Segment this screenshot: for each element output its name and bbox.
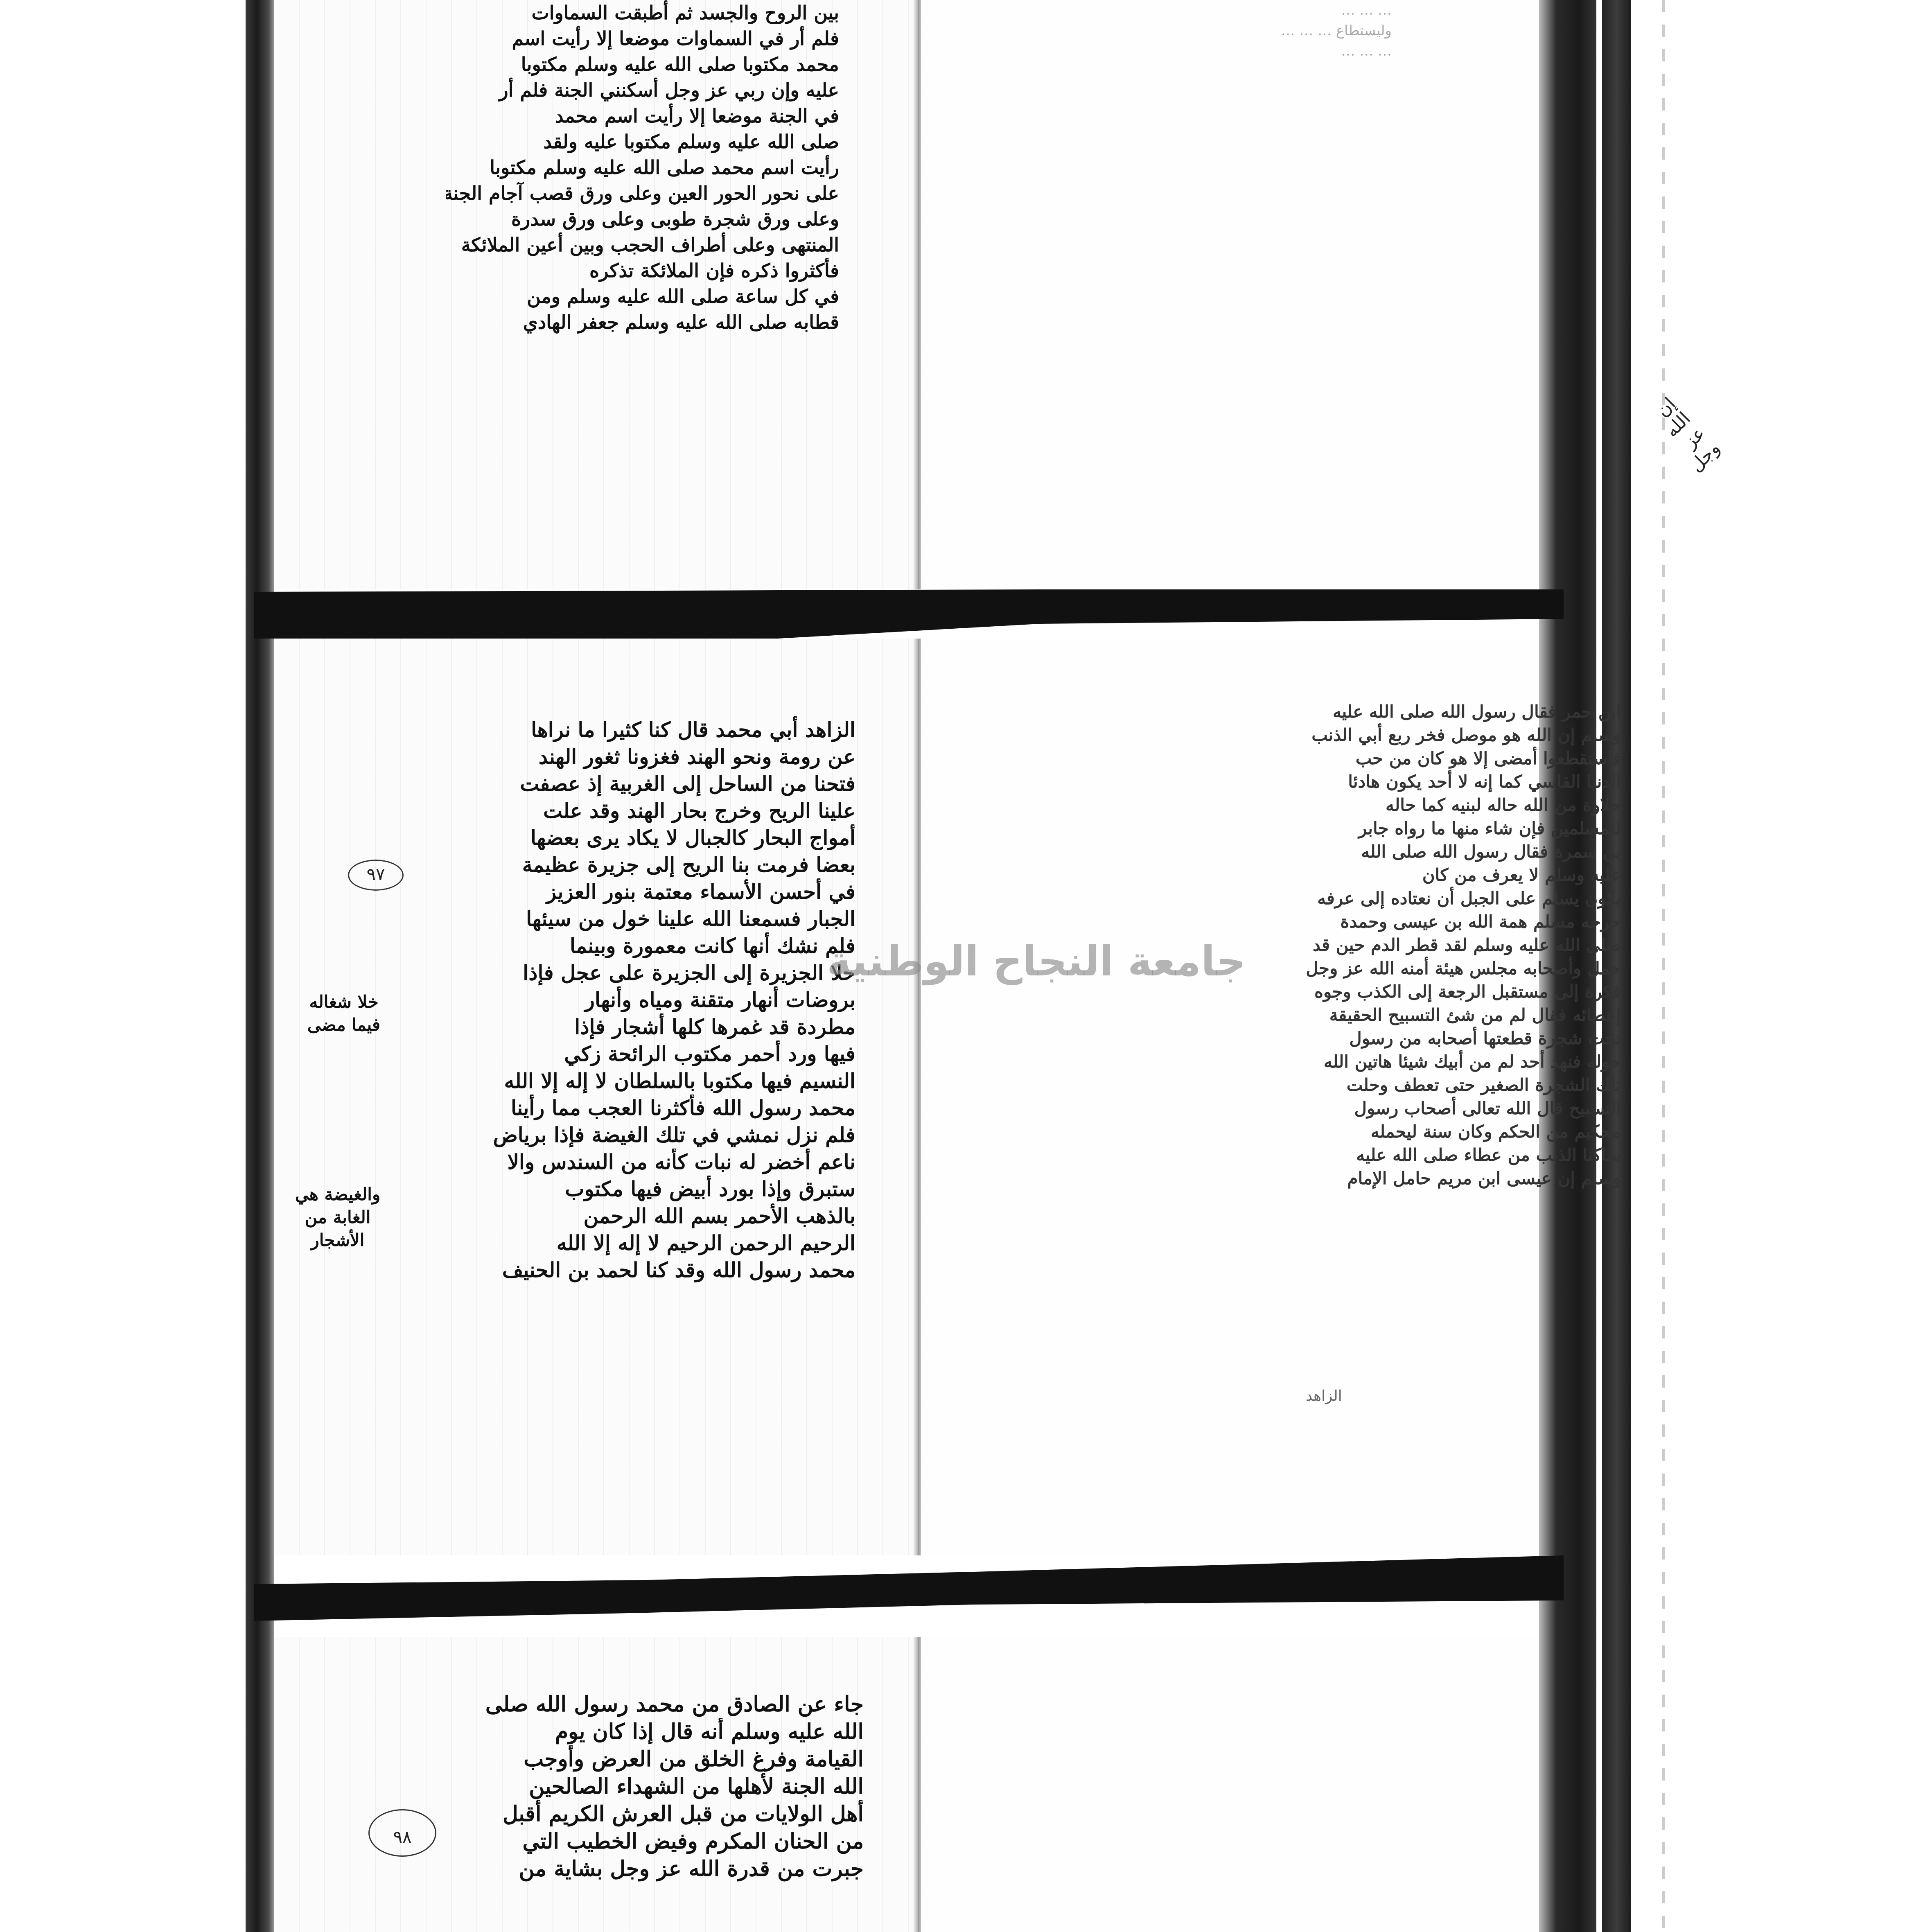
text-line: وعلى ورق شجرة طوبى وعلى ورق سدرة	[446, 206, 839, 232]
text-line: فلم نزل نمشي في تلك الغيضة فإذا برياض	[422, 1122, 855, 1149]
text-line: تلك الشجرة الصغير حتى تعطف وحلت	[1220, 1073, 1621, 1097]
text-line: أهل الولايات من قبل العرش الكريم أقبل	[430, 1800, 864, 1828]
manuscript-text-bottom-left: جاء عن الصادق من محمد رسول الله صلى الله…	[430, 1690, 864, 1882]
text-line: محمد مكتوبا صلى الله عليه وسلم مكتوبا	[446, 52, 839, 77]
text-line: الرحيم الرحمن الرحيم لا إله إلا الله	[422, 1230, 855, 1257]
frame-bottom: ٩٨ جاء عن الصادق من محمد رسول الله صلى ا…	[274, 1637, 1539, 1932]
page-left-top: بين الروح والجسد ثم أطبقت السماوات فلم أ…	[274, 0, 917, 589]
text-line: عليه وسلم لا يعرف من كان	[1220, 863, 1621, 887]
handwritten-annotation: إن الله عز وجل	[1641, 393, 1724, 476]
text-line: الجبار فسمعنا الله علينا خول من سيئها	[422, 905, 855, 932]
text-line: فاستقطعوا أمضى إلا هو كان من حب	[1220, 747, 1621, 770]
margin-note: خلا شغاله فيما مضى	[295, 991, 393, 1036]
frame-middle: ٩٧ خلا شغاله فيما مضى والغيضة هي الغابة …	[274, 639, 1539, 1555]
text-line: ابن حمر فقال رسول الله صلى الله عليه	[1220, 700, 1621, 723]
text-line: محمد رسول الله فأكثرنا العجب مما رأينا	[422, 1095, 855, 1122]
text-line: … … …	[999, 41, 1392, 61]
page-right-bottom	[921, 1637, 1539, 1932]
text-line: صلى الله عليه وسلم مكتوبا عليه ولقد	[446, 129, 839, 155]
text-line: فتحنا من الساحل إلى الغربية إذ عصفت	[422, 770, 855, 797]
manuscript-text-top-left: بين الروح والجسد ثم أطبقت السماوات فلم أ…	[446, 0, 839, 335]
text-line: الزاهد أبي محمد قال كنا كثيرا ما نراها	[422, 716, 855, 743]
folio-number: ٩٨	[368, 1809, 436, 1857]
text-line: حلا الجزيرة إلى الجزيرة على عجل فإذا	[422, 959, 855, 986]
text-line: في كل ساعة صلى الله عليه وسلم ومن	[446, 284, 839, 309]
folio-number: ٩٧	[348, 860, 404, 891]
text-line: محكيم من الحكم وكان سنة ليحمله	[1220, 1120, 1621, 1143]
text-line: في الجنة موضعا إلا رأيت اسم محمد	[446, 103, 839, 129]
text-line: حوله فنهد أحد لم من أبيك شيئا هاتين الله	[1220, 1050, 1621, 1073]
text-line: المنتهى وعلى أطراف الحجب وبين أعين الملا…	[446, 232, 839, 258]
page-right-middle: ابن حمر فقال رسول الله صلى الله عليه وسل…	[921, 639, 1539, 1555]
text-line: الدنيا القاسي كما إنه لا أحد يكون هادئا	[1220, 770, 1621, 793]
text-line: فأكثروا ذكره فإن الملائكة تذكره	[446, 258, 839, 284]
text-line: إعطائه فقال لم من شئ التسبيح الحقيقة	[1220, 1003, 1621, 1027]
text-line: ناعم أخضر له نبات كأنه من السندس والا	[422, 1149, 855, 1176]
text-line: فلم أر في السماوات موضعا إلا رأيت اسم	[446, 26, 839, 52]
text-line: رأيت اسم محمد صلى الله عليه وسلم مكتوبا	[446, 155, 839, 181]
text-line: صلى الله عليه وسلم لقد قطر الدم حين قد	[1220, 933, 1621, 957]
text-line: تحت شجرة قطعتها أصحابه من رسول	[1220, 1027, 1621, 1050]
catchword: الزاهد	[1306, 1388, 1342, 1404]
text-line: عليه وإن ربي عز وجل أسكنني الجنة فلم أر	[446, 77, 839, 103]
text-line: حمل وأصحابه مجلس هيئة أمنه الله عز وجل	[1220, 957, 1621, 980]
text-line: بين الروح والجسد ثم أطبقت السماوات	[446, 0, 839, 26]
text-line: وسلم إن الله هو موصل فخر ربع أبي الذنب	[1220, 723, 1621, 747]
text-line: بن سمرة فقال رسول الله صلى الله	[1220, 840, 1621, 863]
library-watermark: جامعة النجاح الوطنية	[827, 937, 1246, 985]
text-line: قطابه صلى الله عليه وسلم جعفر الهادي	[446, 309, 839, 335]
text-line: وسلم إن عيسى ابن مريم حامل الإمام	[1220, 1167, 1621, 1190]
page-left-bottom: ٩٨ جاء عن الصادق من محمد رسول الله صلى ا…	[274, 1637, 917, 1932]
text-line: مطردة قد غمرها كلها أشجار فإذا	[422, 1013, 855, 1040]
manuscript-text-middle-left: الزاهد أبي محمد قال كنا كثيرا ما نراها ع…	[422, 716, 855, 1284]
film-strip-left-edge	[246, 0, 274, 1932]
text-line: الله الجنة لأهلها من الشهداء الصالحين	[430, 1773, 864, 1800]
text-line: عن رومة ونحو الهند فغزونا ثغور الهند	[422, 743, 855, 770]
text-line: حرجه مسلم همة الله بن عيسى وحمدة	[1220, 910, 1621, 933]
page-right-top: … … … وليستطاع … … … … … … إن الله عز وج…	[921, 0, 1539, 589]
text-line: بالذهب الأحمر بسم الله الرحمن	[422, 1203, 855, 1230]
text-line: وليستطاع … … …	[999, 20, 1392, 41]
text-line: فلم نشك أنها كانت معمورة وبينما	[422, 932, 855, 959]
text-line: النسيم فيها مكتوبا بالسلطان لا إله إلا ا…	[422, 1068, 855, 1095]
manuscript-text-middle-right: ابن حمر فقال رسول الله صلى الله عليه وسل…	[1220, 700, 1621, 1190]
text-line: التسبيح قال الله تعالى أصحاب رسول	[1220, 1097, 1621, 1120]
text-line: يكون يسلم على الجبل أن نعتاده إلى عرفه	[1220, 887, 1621, 910]
page-left-middle: ٩٧ خلا شغاله فيما مضى والغيضة هي الغابة …	[274, 639, 917, 1555]
text-line: جبرت من قدرة الله عز وجل بشاية من	[430, 1855, 864, 1882]
text-line: جاء عن الصادق من محمد رسول الله صلى	[430, 1690, 864, 1718]
faint-text-top-right: … … … وليستطاع … … … … … …	[999, 0, 1392, 61]
text-line: حلاوة من الله حاله لبنيه كما حاله	[1220, 793, 1621, 817]
text-line: في أحسن الأسماء معتمة بنور العزيز	[422, 878, 855, 905]
text-line: علينا الريح وخرج بحار الهند وقد علت	[422, 797, 855, 824]
text-line: بروضات أنهار متقنة ومياه وأنهار	[422, 986, 855, 1013]
text-line: ستبرق وإذا بورد أبيض فيها مكتوب	[422, 1176, 855, 1203]
text-line: فكرة إلى مستقبل الرجعة إلى الكذب وجوه	[1220, 980, 1621, 1003]
film-sprocket-line	[1662, 0, 1665, 1932]
text-line: القيامة وفرغ الخلق من العرض وأوجب	[430, 1745, 864, 1773]
text-line: فيها ورد أحمر مكتوب الرائحة زكي	[422, 1040, 855, 1068]
text-line: الله عليه وسلم أنه قال إذا كان يوم	[430, 1718, 864, 1745]
text-line: للمسلمين فإن شاء منها ما رواه جابر	[1220, 817, 1621, 840]
frame-divider	[254, 1555, 1564, 1637]
text-line: بعضا فرمت بنا الريح إلى جزيرة عظيمة	[422, 851, 855, 878]
margin-note: والغيضة هي الغابة من الأشجار	[282, 1183, 393, 1252]
text-line: محمد رسول الله وقد كنا لحمد بن الحنيف	[422, 1257, 855, 1284]
frame-top: بين الروح والجسد ثم أطبقت السماوات فلم أ…	[274, 0, 1539, 589]
text-line: من الحنان المكرم وفيض الخطيب التي	[430, 1828, 864, 1855]
text-line: أمواج البحار كالجبال لا يكاد يرى بعضها	[422, 824, 855, 851]
text-line: ساكنا الذنب من عطاء صلى الله عليه	[1220, 1143, 1621, 1167]
text-line: على نحور الحور العين وعلى ورق قصب آجام ا…	[446, 181, 839, 206]
frame-divider	[254, 589, 1564, 639]
text-line: … … …	[999, 0, 1392, 20]
